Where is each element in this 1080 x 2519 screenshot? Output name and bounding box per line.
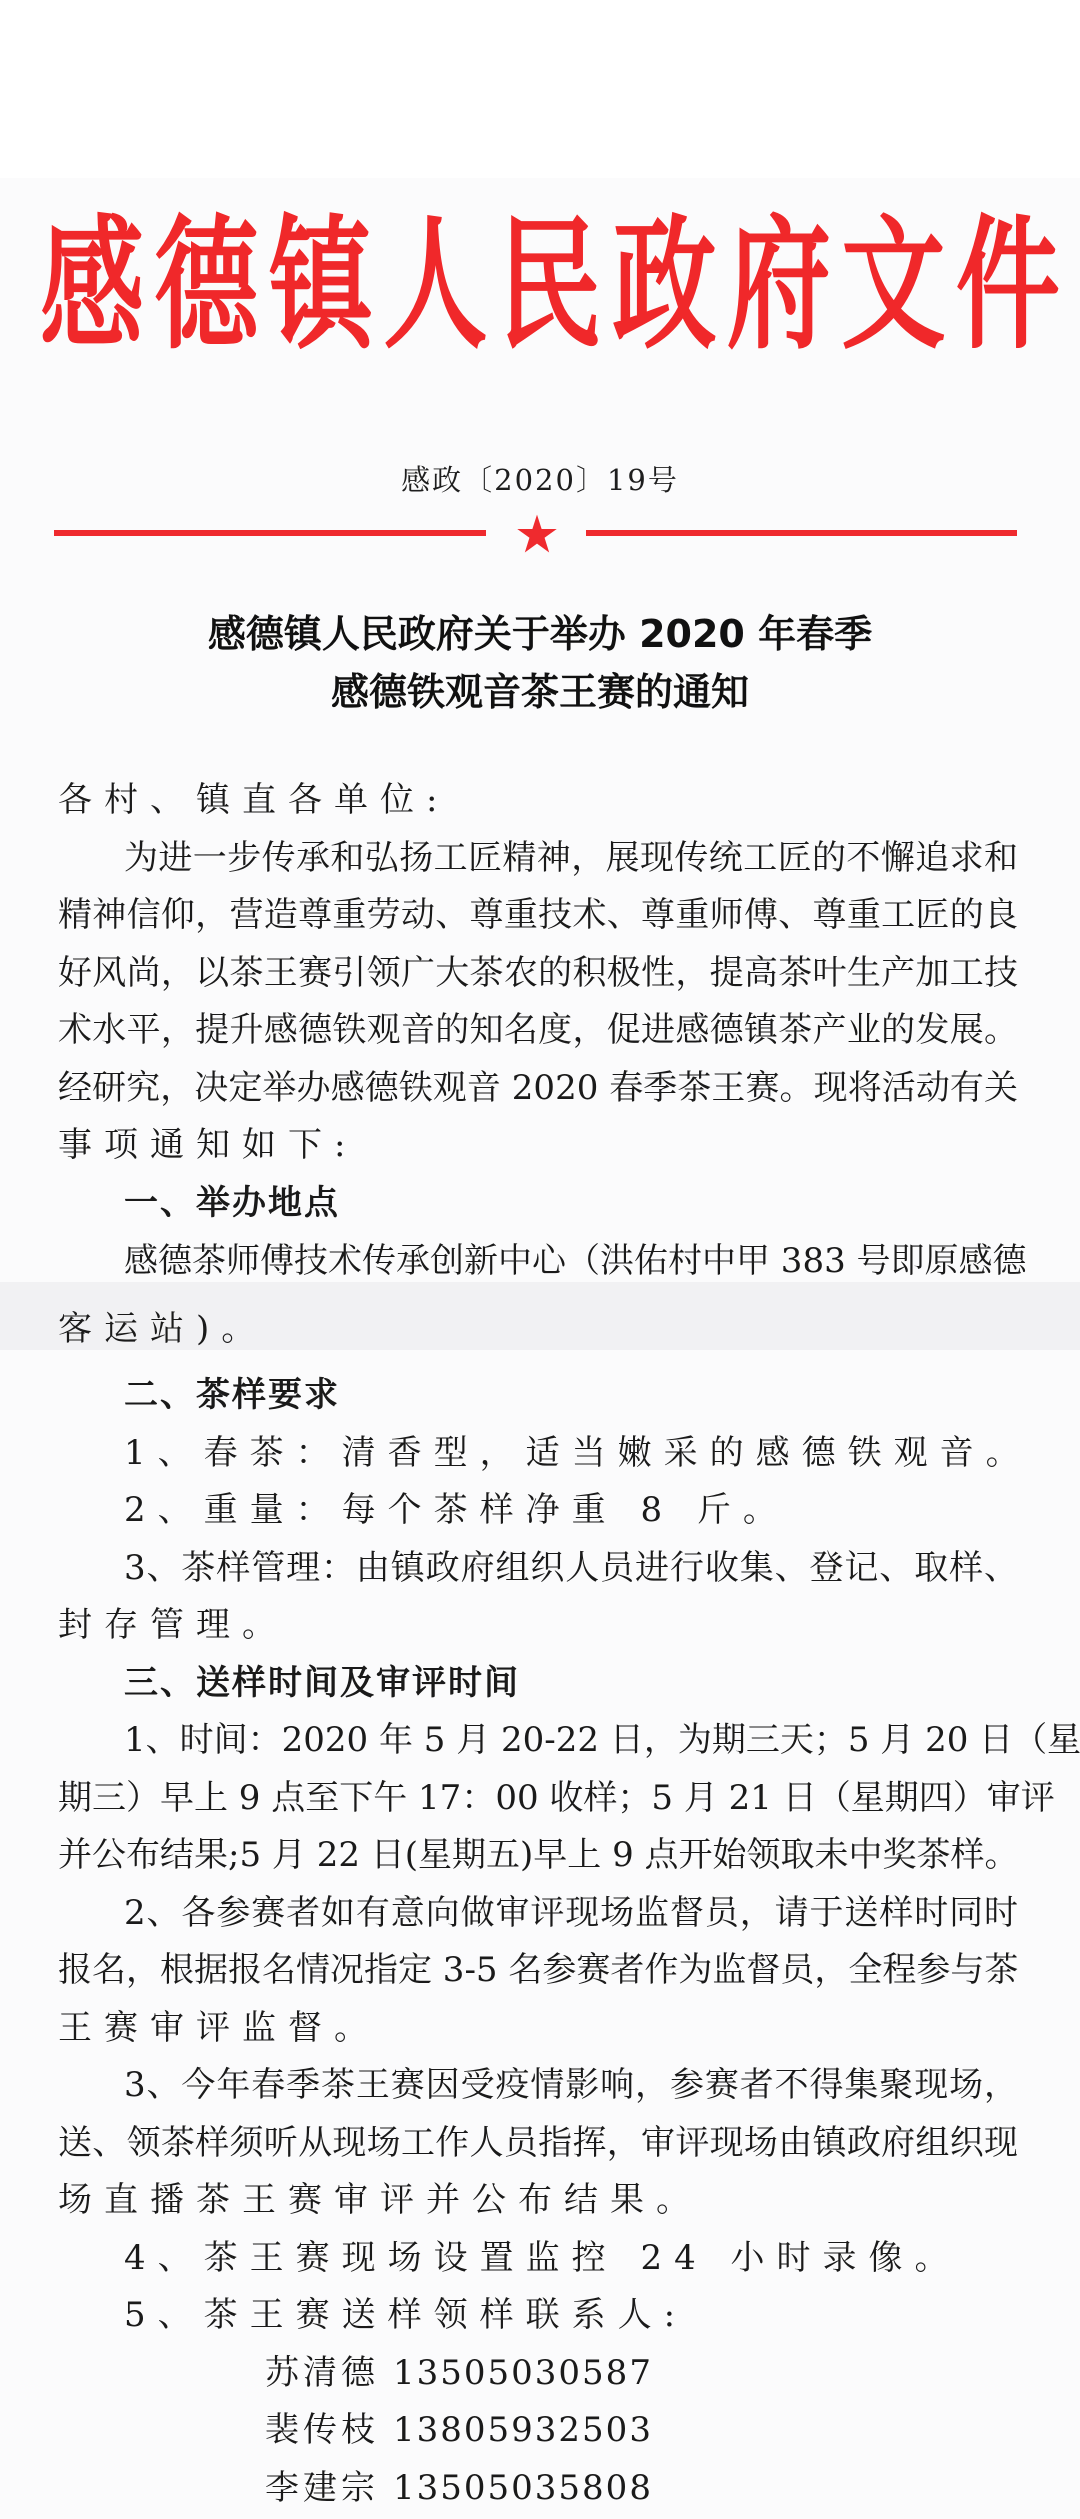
section-line: 封存管理。 [58,1608,288,1642]
intro-line: 精神信仰，营造尊重劳动、尊重技术、尊重师傅、尊重工匠的良 [58,898,1018,932]
section-line: 王赛审评监督。 [58,2011,380,2045]
contact-entry: 裴传枝13805932503 [265,2413,653,2447]
red-divider-right [586,530,1017,536]
issuer-header-char: 文 [841,213,945,357]
red-star-icon [516,513,558,555]
contact-phone: 13805932503 [393,2410,653,2450]
intro-line: 事项通知如下: [58,1128,357,1162]
contact-entry: 苏清德13505030587 [265,2356,653,2390]
section-line: 1、春茶：清香型，适当嫩采的感德铁观音。 [124,1436,1032,1470]
section-line: 客运站)。 [58,1312,267,1346]
issuer-header-char: 民 [498,213,602,357]
contact-name: 裴传枝 [265,2410,379,2450]
intro-line: 经研究，决定举办感德铁观音 2020 春季茶王赛。现将活动有关 [58,1071,1018,1105]
contact-name: 苏清德 [265,2353,379,2393]
document-title-line-2: 感德铁观音茶王赛的通知 [0,673,1080,711]
section-line: 2、各参赛者如有意向做审评现场监督员，请于送样时同时 [124,1896,1018,1930]
section-line: 3、今年春季茶王赛因受疫情影响，参赛者不得集聚现场， [124,2068,1018,2102]
salutation: 各村、镇直各单位: [58,783,449,817]
red-divider-left [54,530,486,536]
issuer-header-char: 德 [154,213,258,357]
contact-entry: 李建宗13505035808 [265,2471,653,2505]
section-line: 并公布结果;5 月 22 日(星期五)早上 9 点开始领取未中奖茶样。 [58,1838,1018,1872]
section-line: 3、茶样管理：由镇政府组织人员进行收集、登记、取样、 [124,1551,1018,1585]
section-line: 送、领茶样须听从现场工作人员指挥，审评现场由镇政府组织现 [58,2126,1018,2160]
intro-line: 好风尚，以茶王赛引领广大茶农的积极性，提高茶叶生产加工技 [58,956,1018,990]
section-line: 期三）早上 9 点至下午 17：00 收样；5 月 21 日（星期四）审评 [58,1781,1018,1815]
issuer-header-char: 政 [612,213,716,357]
contact-name: 李建宗 [265,2468,379,2508]
section-line: 5、茶王赛送样领样联系人: [124,2298,687,2332]
section-line: 感德茶师傅技术传承创新中心（洪佑村中甲 383 号即原感德 [124,1244,1018,1278]
issuer-header-char: 感 [40,213,144,357]
document-number: 感政〔2020〕19号 [0,458,1080,499]
section-heading-sample-requirements: 二、茶样要求 [124,1378,340,1412]
intro-line: 术水平，提升感德铁观音的知名度，促进感德镇茶产业的发展。 [58,1013,1018,1047]
issuer-header-char: 府 [727,213,831,357]
section-heading-schedule: 三、送样时间及审评时间 [124,1666,520,1700]
document-title-line-1: 感德镇人民政府关于举办 2020 年春季 [0,615,1080,653]
issuer-header-char: 人 [383,213,487,357]
section-line: 报名，根据报名情况指定 3-5 名参赛者作为监督员，全程参与茶 [58,1953,1018,1987]
section-line: 1、时间：2020 年 5 月 20-22 日，为期三天；5 月 20 日（星 [124,1723,1018,1757]
section-line: 4、茶王赛现场设置监控 24 小时录像。 [124,2241,961,2275]
issuer-header: 感 德 镇 人 民 政 府 文 件 [40,200,1060,370]
section-heading-venue: 一、举办地点 [124,1186,340,1220]
section-line: 2、重量：每个茶样净重 8 斤。 [124,1493,789,1527]
issuer-header-char: 镇 [269,213,373,357]
section-line: 场直播茶王赛审评并公布结果。 [58,2183,702,2217]
intro-line: 为进一步传承和弘扬工匠精神，展现传统工匠的不懈追求和 [124,841,1018,875]
contact-phone: 13505030587 [393,2353,653,2393]
issuer-header-char: 件 [956,213,1060,357]
contact-phone: 13505035808 [393,2468,653,2508]
